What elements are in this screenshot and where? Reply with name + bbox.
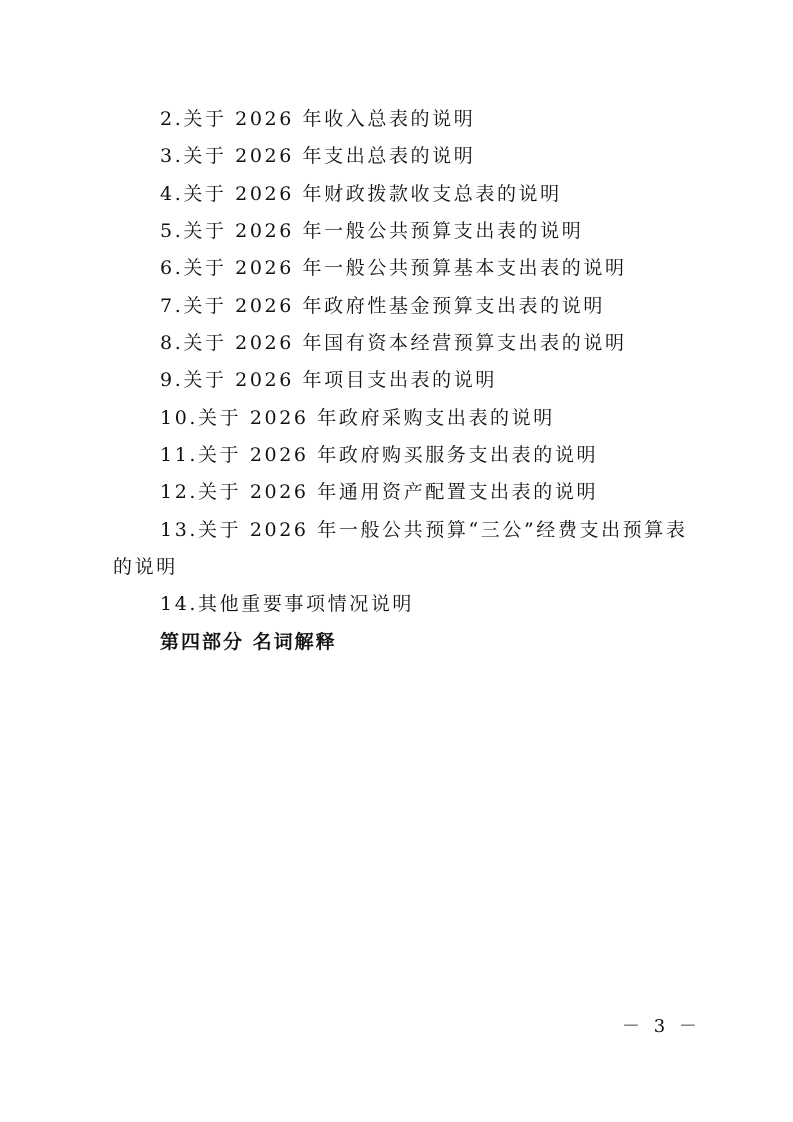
toc-item-10: 10.关于 2026 年政府采购支出表的说明: [160, 406, 555, 430]
toc-item-2: 2.关于 2026 年收入总表的说明: [160, 107, 475, 131]
section-heading: 第四部分 名词解释: [160, 630, 337, 654]
toc-item-6: 6.关于 2026 年一般公共预算基本支出表的说明: [160, 256, 627, 280]
toc-item-11: 11.关于 2026 年政府购买服务支出表的说明: [160, 443, 598, 467]
toc-item-13: 13.关于 2026 年一般公共预算“三公”经费支出预算表: [160, 518, 687, 542]
toc-item-4: 4.关于 2026 年财政拨款收支总表的说明: [160, 182, 562, 206]
toc-item-9: 9.关于 2026 年项目支出表的说明: [160, 368, 497, 392]
toc-item-14: 14.其他重要事项情况说明: [160, 592, 414, 616]
toc-item-5: 5.关于 2026 年一般公共预算支出表的说明: [160, 219, 583, 243]
toc-item-13-continuation: 的说明: [113, 555, 178, 579]
toc-item-8: 8.关于 2026 年国有资本经营预算支出表的说明: [160, 331, 627, 355]
document-page: 2.关于 2026 年收入总表的说明 3.关于 2026 年支出总表的说明 4.…: [0, 0, 793, 1122]
toc-item-3: 3.关于 2026 年支出总表的说明: [160, 144, 475, 168]
toc-item-12: 12.关于 2026 年通用资产配置支出表的说明: [160, 480, 598, 504]
toc-item-7: 7.关于 2026 年政府性基金预算支出表的说明: [160, 294, 605, 318]
page-number: － 3 －: [622, 1016, 701, 1038]
